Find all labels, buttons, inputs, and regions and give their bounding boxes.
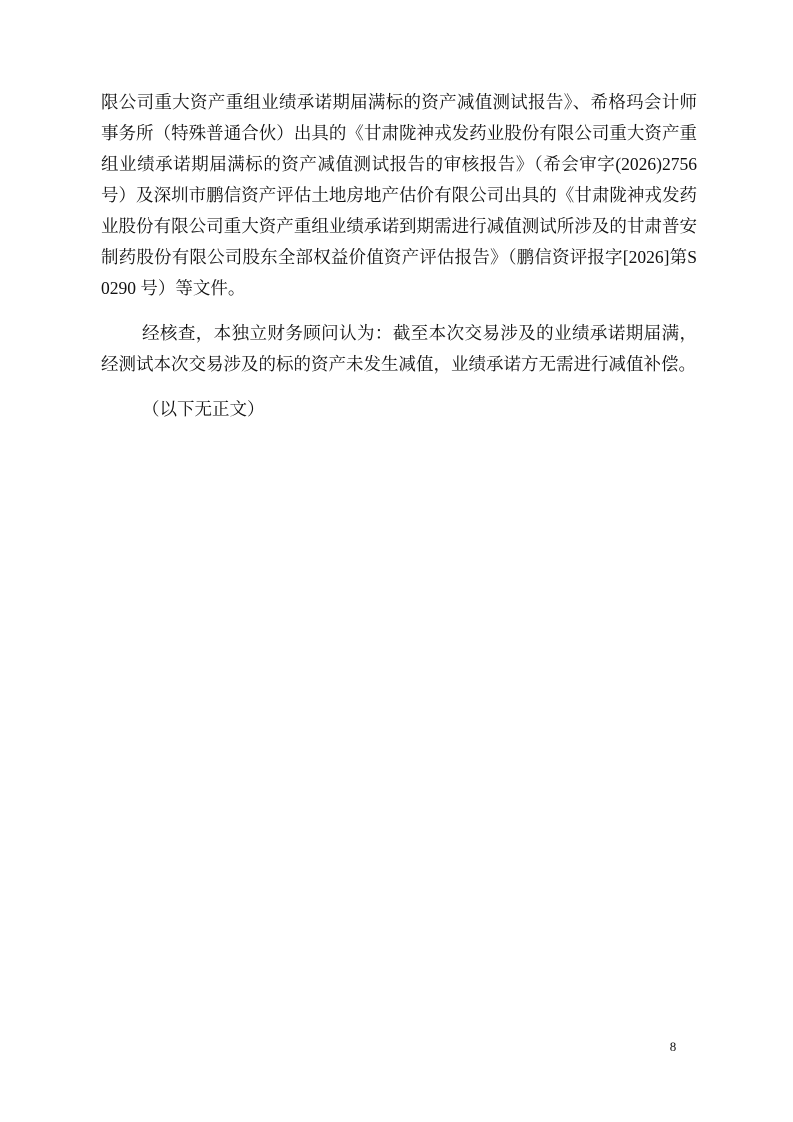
paragraph-end-note: （以下无正文） <box>101 394 697 425</box>
document-page: 限公司重大资产重组业绩承诺期届满标的资产减值测试报告》、希格玛会计师事务所（特殊… <box>0 0 793 1122</box>
paragraph-conclusion: 经核查，本独立财务顾问认为：截至本次交易涉及的业绩承诺期届满，经测试本次交易涉及… <box>101 318 697 380</box>
document-body: 限公司重大资产重组业绩承诺期届满标的资产减值测试报告》、希格玛会计师事务所（特殊… <box>101 87 697 425</box>
paragraph-continuation: 限公司重大资产重组业绩承诺期届满标的资产减值测试报告》、希格玛会计师事务所（特殊… <box>101 87 697 304</box>
page-number: 8 <box>666 1038 680 1056</box>
